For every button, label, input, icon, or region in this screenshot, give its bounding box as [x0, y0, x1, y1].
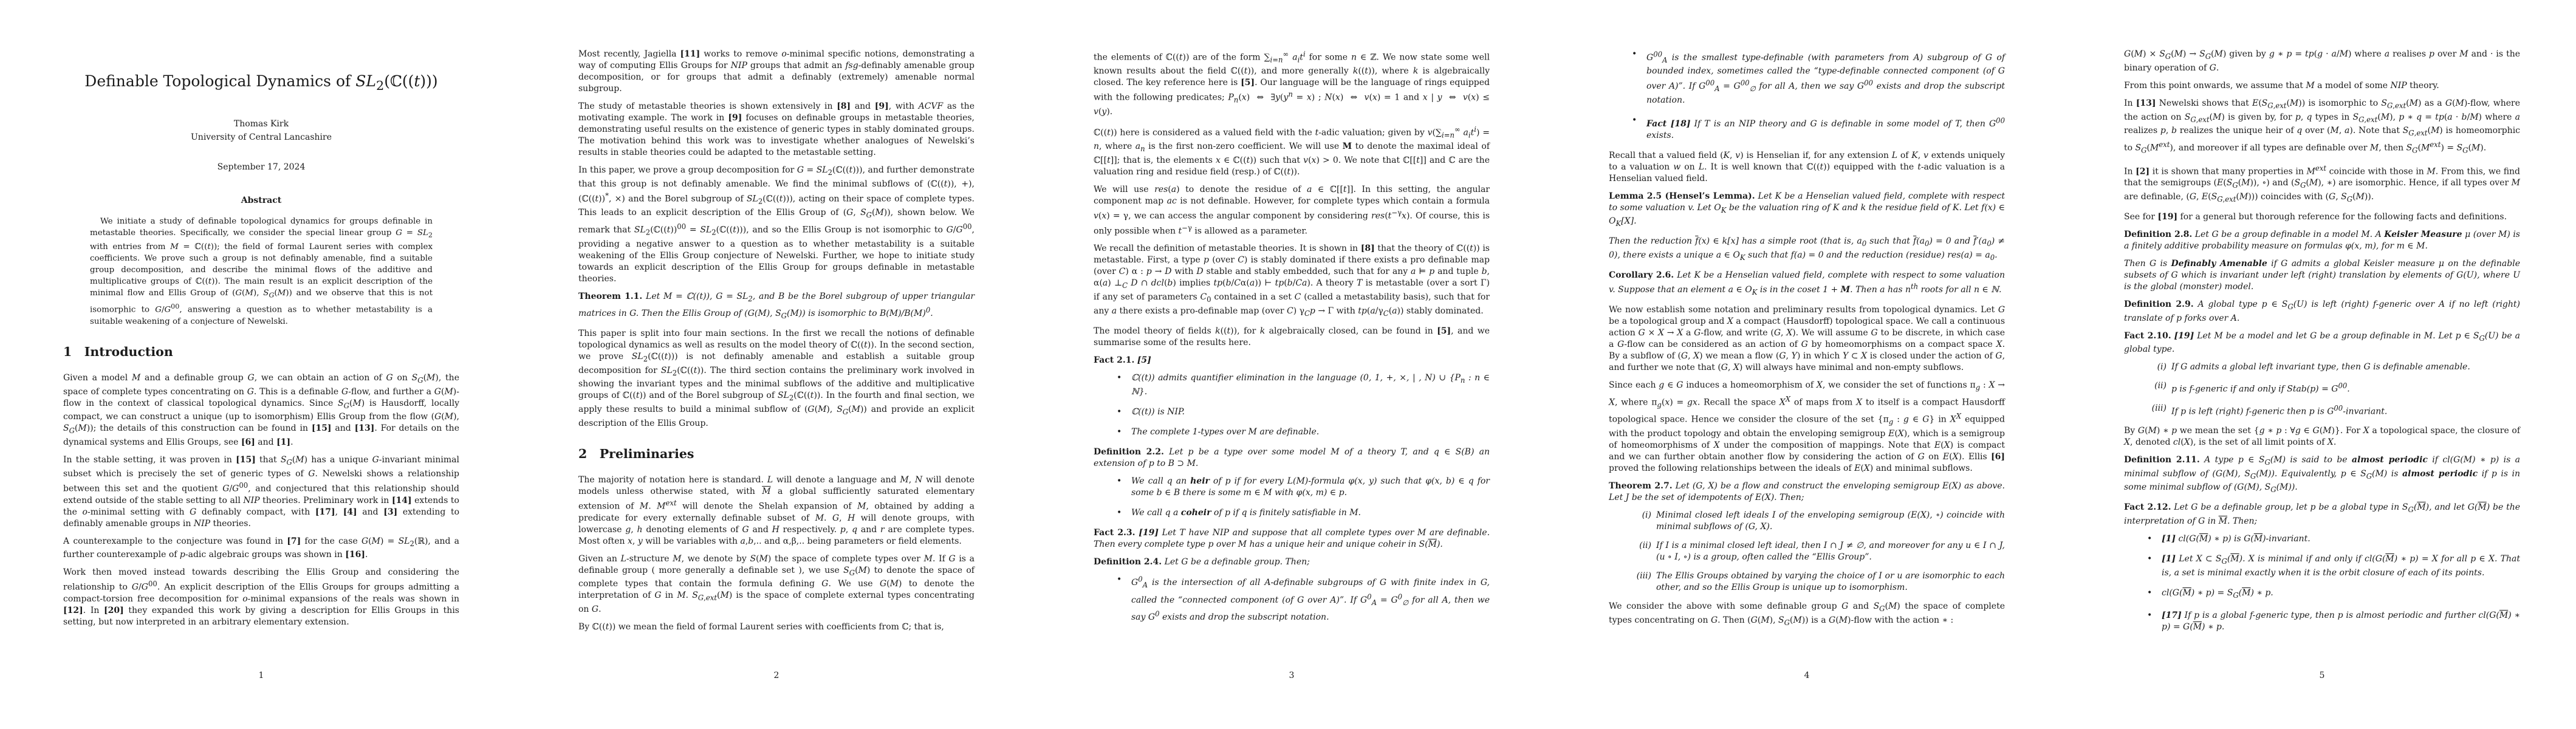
paragraph: The majority of notation here is standar…: [578, 474, 975, 547]
abstract-heading: Abstract: [63, 195, 459, 207]
paragraph: From this point onwards, we assume that …: [2124, 80, 2520, 92]
paragraph: This paper is split into four main secti…: [578, 328, 975, 430]
fact-2-12: Fact 2.12. Let G be a definable group, l…: [2124, 502, 2520, 527]
list-item: •G0A is the intersection of all A-defina…: [1094, 574, 1490, 624]
page-number: 5: [2124, 670, 2520, 682]
affiliation: University of Central Lancashire: [63, 132, 459, 143]
paragraph: Then G is Definably Amenable if G admits…: [2124, 258, 2520, 293]
paragraph: ℂ((t)) here is considered as a valued fi…: [1094, 124, 1490, 178]
fact-2-10: Fact 2.10. [19] Let M be a model and let…: [2124, 330, 2520, 356]
page-5: G(M) × SG(M) → SG(M) given by g ∗ p = tp…: [2061, 0, 2576, 729]
roman-list-item: (ii)If I is a minimal closed left ideal,…: [1609, 540, 2005, 563]
pages: Definable Topological Dynamics of SL2(ℂ(…: [0, 0, 2576, 729]
roman-list-item: (i)Minimal closed left ideals I of the e…: [1609, 510, 2005, 533]
list-item: •Fact [18] If T is an NIP theory and G i…: [1609, 115, 2005, 142]
page-number: 3: [1094, 670, 1490, 682]
page-number: 1: [63, 670, 459, 682]
list-item: •[1] cl(G(M) ∗ p) is G(M)-invariant.: [2124, 533, 2520, 545]
fact-2-1: Fact 2.1. [5]: [1094, 355, 1490, 366]
page-number: 2: [578, 670, 975, 682]
corollary-2-6: Corollary 2.6. Let K be a Henselian valu…: [1609, 270, 2005, 298]
theorem-1-1: Theorem 1.1. Let M = ℂ((t)), G = SL2, an…: [578, 291, 975, 322]
paragraph: Given an L-structure M, we denote by S(M…: [578, 553, 975, 616]
list-item: •ℂ((t)) is NIP.: [1094, 406, 1490, 418]
list-item: •[1] Let X ⊂ SG(M). X is minimal if and …: [2124, 553, 2520, 579]
document-canvas: arXiv:1903.03570v1 [math.LO] 8 Mar 2019 …: [0, 0, 2576, 729]
list-item: •We call q an heir of p if for every L(M…: [1094, 476, 1490, 499]
page-4: •G00A is the smallest type-definable (wi…: [1546, 0, 2061, 729]
list-item: •cl(G(M) ∗ p) = SG(M) ∗ p.: [2124, 587, 2520, 601]
paragraph: the elements of ℂ((t)) are of the form ∑…: [1094, 49, 1490, 118]
paragraph: We recall the definition of metastable t…: [1094, 243, 1490, 319]
fact-2-3: Fact 2.3. [19] Let T have NIP and suppos…: [1094, 527, 1490, 550]
paragraph: We now establish some notation and preli…: [1609, 304, 2005, 374]
roman-list-item: (ii)p is f-generic if and only if Stab(p…: [2124, 380, 2520, 395]
paragraph: A counterexample to the conjecture was f…: [63, 536, 459, 561]
paragraph: In the stable setting, it was proven in …: [63, 454, 459, 529]
paragraph: See for [19] for a general but thorough …: [2124, 211, 2520, 223]
page-2: Most recently, Jagiella [11] works to re…: [515, 0, 1030, 729]
definition-2-4: Definition 2.4. Let G be a definable gro…: [1094, 556, 1490, 568]
paragraph: The study of metastable theories is show…: [578, 101, 975, 159]
paragraph: By ℂ((t)) we mean the field of formal La…: [578, 621, 975, 633]
paragraph: Work then moved instead towards describi…: [63, 567, 459, 628]
roman-list-item: (iii)If p is left (right) f-generic then…: [2124, 403, 2520, 418]
theorem-2-7: Theorem 2.7. Let (G, X) be a flow and co…: [1609, 481, 2005, 504]
paragraph: By G(M) ∗ p we mean the set {g ∗ p : ∀g …: [2124, 425, 2520, 448]
definition-2-2: Definition 2.2. Let p be a type over som…: [1094, 447, 1490, 470]
paragraph: Most recently, Jagiella [11] works to re…: [578, 49, 975, 95]
definition-2-8: Definition 2.8. Let G be a group definab…: [2124, 229, 2520, 252]
abstract-text: We initiate a study of definable topolog…: [90, 216, 433, 327]
date: September 17, 2024: [63, 162, 459, 173]
paragraph: G(M) × SG(M) → SG(M) given by g ∗ p = tp…: [2124, 49, 2520, 74]
section-2-heading: 2 Preliminaries: [578, 447, 975, 461]
list-item: •The complete 1-types over M are definab…: [1094, 426, 1490, 438]
paragraph: In this paper, we prove a group decompos…: [578, 165, 975, 285]
paper-title: Definable Topological Dynamics of SL2(ℂ(…: [63, 72, 459, 95]
paragraph: We consider the above with some definabl…: [1609, 601, 2005, 629]
paragraph: In [13] Newelski shows that E(SG,ext(M))…: [2124, 98, 2520, 157]
paragraph: Given a model M and a definable group G,…: [63, 372, 459, 448]
list-item: •G00A is the smallest type-definable (wi…: [1609, 49, 2005, 106]
paragraph: Since each g ∈ G induces a homeomorphism…: [1609, 380, 2005, 474]
section-1-heading: 1 Introduction: [63, 344, 459, 359]
paragraph: The model theory of fields k((t)), for k…: [1094, 326, 1490, 349]
paragraph: Then the reduction f(x) ∈ k[x] has a sim…: [1609, 236, 2005, 264]
author-name: Thomas Kirk: [63, 118, 459, 130]
list-item: •[17] If p is a global f-generic type, t…: [2124, 610, 2520, 633]
roman-list-item: (i)If G admits a global left invariant t…: [2124, 361, 2520, 373]
list-item: •We call q a coheir of p if q is finitel…: [1094, 507, 1490, 519]
paragraph: In [2] it is shown that many properties …: [2124, 163, 2520, 205]
lemma-2-5: Lemma 2.5 (Hensel’s Lemma). Let K be a H…: [1609, 191, 2005, 230]
list-item: •ℂ((t)) admits quantifier elimination in…: [1094, 372, 1490, 398]
paragraph: Recall that a valued field (K, v) is Hen…: [1609, 150, 2005, 185]
definition-2-9: Definition 2.9. A global type p ∈ SG(U) …: [2124, 299, 2520, 324]
paragraph: We will use res(a) to denote the residue…: [1094, 184, 1490, 237]
page-1: Definable Topological Dynamics of SL2(ℂ(…: [0, 0, 515, 729]
page-3: the elements of ℂ((t)) are of the form ∑…: [1030, 0, 1546, 729]
page-number: 4: [1609, 670, 2005, 682]
roman-list-item: (iii)The Ellis Groups obtained by varyin…: [1609, 570, 2005, 594]
definition-2-11: Definition 2.11. A type p ∈ SG(M) is sai…: [2124, 454, 2520, 496]
